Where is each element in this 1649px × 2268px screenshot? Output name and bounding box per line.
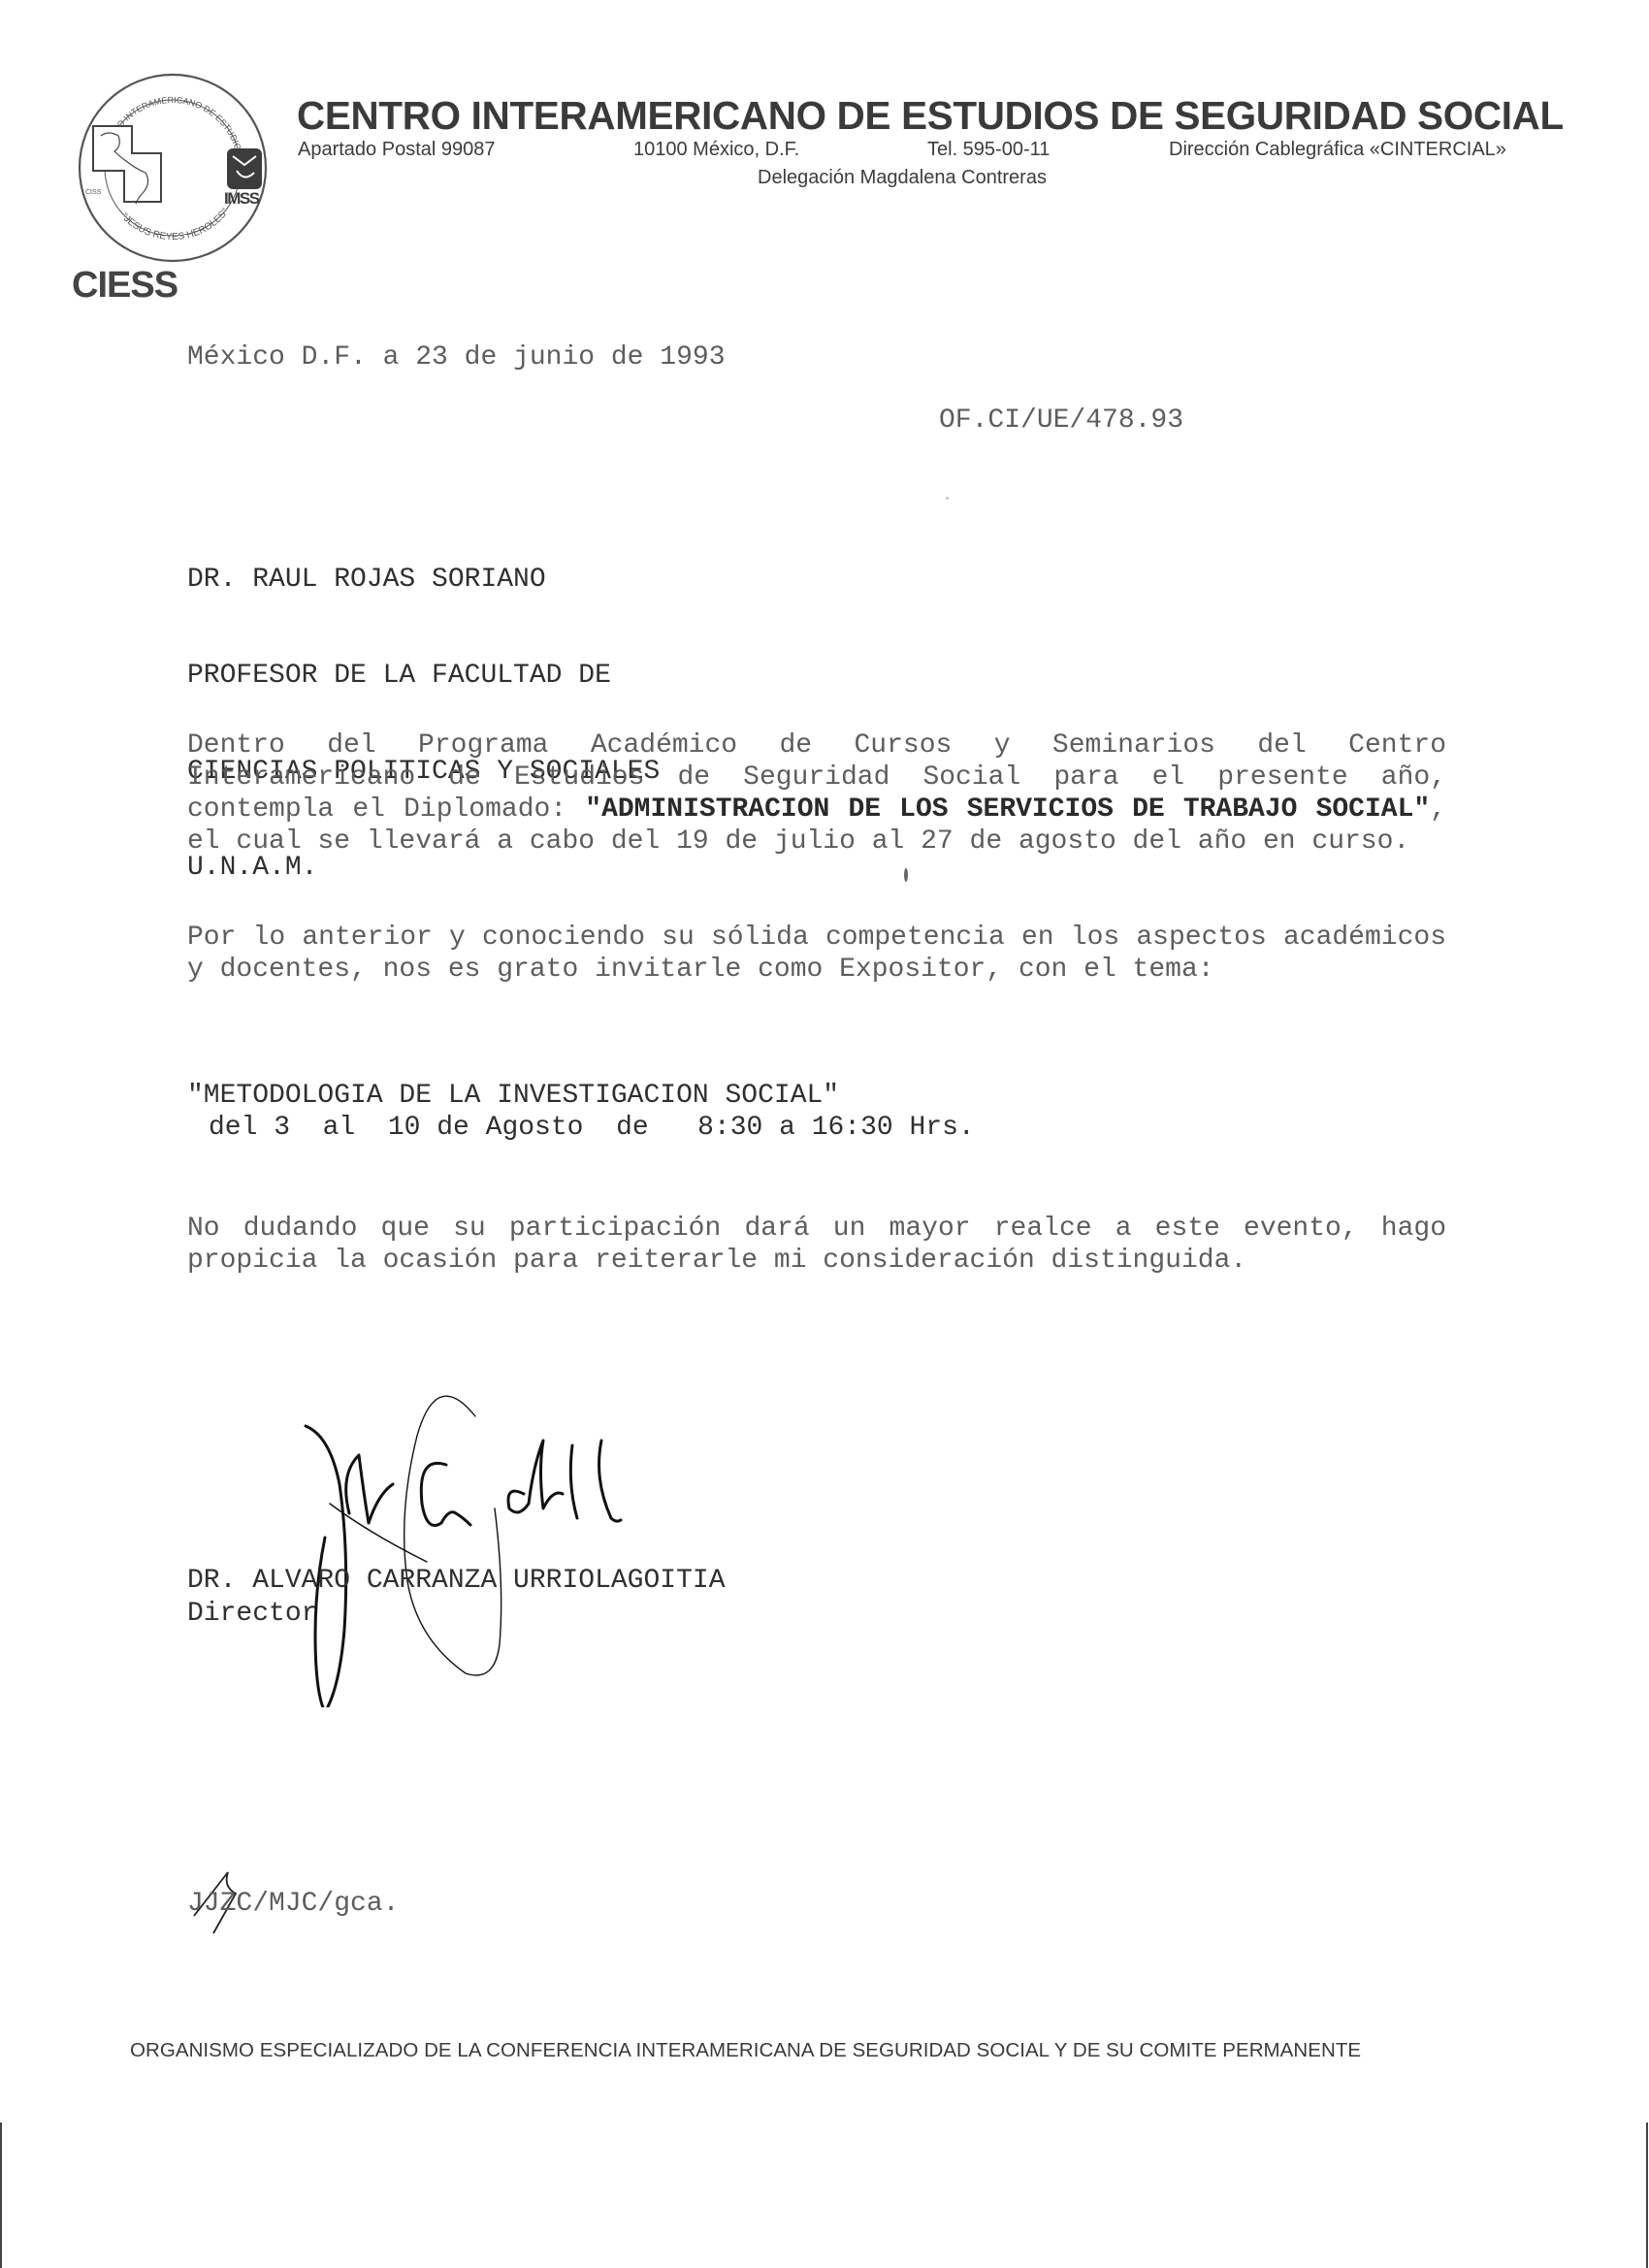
svg-text:IMSS: IMSS	[224, 189, 260, 208]
scan-speck	[904, 868, 908, 882]
americas-map-icon	[93, 126, 161, 204]
recipient-line: PROFESOR DE LA FACULTAD DE	[187, 660, 660, 692]
logo-ring-text-top: CENTRO INTERAMERICANO DE ESTUDIOS DE SEG…	[64, 56, 245, 166]
organization-title: CENTRO INTERAMERICANO DE ESTUDIOS DE SEG…	[297, 93, 1564, 139]
footer-organization: ORGANISMO ESPECIALIZADO DE LA CONFERENCI…	[130, 2039, 1361, 2062]
recipient-line: DR. RAUL ROJAS SORIANO	[187, 564, 660, 596]
paragraph-program: Dentro del Programa Académico de Cursos …	[187, 729, 1446, 858]
topic-title: "METODOLOGIA DE LA INVESTIGACION SOCIAL"	[187, 1080, 839, 1112]
handwritten-signature	[281, 1358, 698, 1707]
paragraph-invitation: Por lo anterior y conociendo su sólida c…	[187, 922, 1446, 986]
cable-address: Dirección Cablegráfica «CINTERCIAL»	[1169, 139, 1506, 161]
phone-number: Tel. 595-00-11	[927, 139, 1050, 161]
imss-badge-icon: IMSS	[224, 148, 262, 208]
logo-ring-text-bottom: "JESUS REYES HEROLES"	[119, 207, 232, 243]
ciess-logo: CENTRO INTERAMERICANO DE ESTUDIOS DE SEG…	[64, 56, 297, 308]
recipient-block: DR. RAUL ROJAS SORIANO PROFESOR DE LA FA…	[187, 500, 660, 948]
logo-acronym: CIESS	[72, 265, 178, 306]
diploma-title: "ADMINISTRACION DE LOS SERVICIOS DE TRAB…	[585, 794, 1430, 825]
paragraph-closing: No dudando que su participación dará un …	[187, 1213, 1446, 1277]
signatory-name: DR. ALVARO CARRANZA URRIOLAGOITIA	[187, 1565, 726, 1597]
page-edge-right	[1646, 2122, 1648, 2268]
po-box: Apartado Postal 99087	[298, 139, 496, 161]
signatory-title: Director	[187, 1598, 317, 1630]
scan-speck	[946, 497, 949, 500]
reference-initials: JJZC/MJC/gca.	[187, 1888, 399, 1920]
reference-number: OF.CI/UE/478.93	[939, 405, 1183, 437]
letter-page: CENTRO INTERAMERICANO DE ESTUDIOS DE SEG…	[0, 0, 1649, 2268]
logo-ciss-text: CISS	[85, 189, 102, 196]
city-address: 10100 México, D.F.	[633, 139, 799, 161]
date-line: México D.F. a 23 de junio de 1993	[187, 341, 726, 373]
page-edge-left	[0, 2122, 2, 2268]
delegation: Delegación Magdalena Contreras	[758, 167, 1047, 189]
topic-schedule: del 3 al 10 de Agosto de 8:30 a 16:30 Hr…	[209, 1112, 975, 1144]
